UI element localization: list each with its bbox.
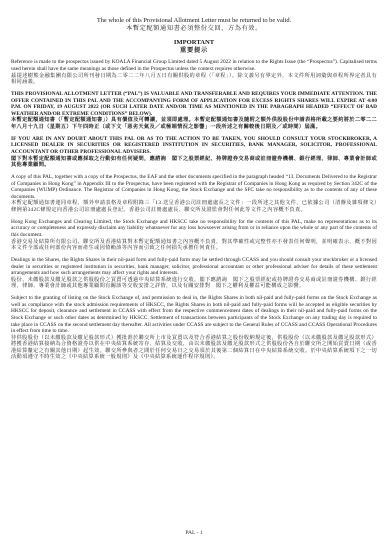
return-notice-en: The whole of this Provisional Allotment …	[11, 17, 377, 25]
paragraph-en: A copy of this PAL, together with a copy…	[11, 174, 377, 200]
paragraph-en: THIS PROVISIONAL ALLOTMENT LETTER (“PAL”…	[11, 91, 377, 117]
paragraph-ccass-dealings: Dealings in the Shares, the Rights Share…	[11, 257, 377, 290]
paragraph-pal-valuable: THIS PROVISIONAL ALLOTMENT LETTER (“PAL”…	[11, 91, 377, 130]
paragraph-en: Subject to the granting of listing on th…	[11, 295, 377, 334]
document-page: The whole of this Provisional Allotment …	[0, 0, 388, 549]
page-number: PAL - 1	[0, 530, 388, 536]
paragraph-en: Dealings in the Shares, the Rights Share…	[11, 257, 377, 277]
paragraph-en: Reference is made to the prospectus issu…	[11, 59, 377, 72]
paragraph-consult-advisers: IF YOU ARE IN ANY DOUBT ABOUT THIS PAL O…	[11, 136, 377, 169]
paragraph-en: IF YOU ARE IN ANY DOUBT ABOUT THIS PAL O…	[11, 136, 377, 156]
paragraph-zh: 待供股股份（以未繳股款及繳足股款形式）獲批准於聯交所上市及買賣以及符合香港結算之…	[11, 335, 377, 361]
paragraph-zh: 閣下對本暫定配額通知書或應採取之行動如有任何疑問，應諮詢 閣下之股票經紀、持牌證…	[11, 156, 377, 169]
paragraph-listing-settlement: Subject to the granting of listing on th…	[11, 295, 377, 360]
paragraph-registration: A copy of this PAL, together with a copy…	[11, 174, 377, 213]
document-body: The whole of this Provisional Allotment …	[11, 17, 377, 361]
paragraph-zh: 本暫定配額通知書連同章程、額外申請表格及章程附錄三「13.送呈香港公司註冊處處長…	[11, 200, 377, 213]
important-heading-zh: 重要提示	[11, 47, 377, 55]
paragraph-zh: 香港交易及結算所有限公司、聯交所及香港結算對本暫定配額通知書之內容概不負責，對其…	[11, 239, 377, 252]
paragraph-disclaimer: Hong Kong Exchanges and Clearing Limited…	[11, 219, 377, 252]
return-notice: The whole of this Provisional Allotment …	[11, 17, 377, 33]
return-notice-zh: 本暫定配額通知書必須整份交回，方為有效。	[11, 25, 377, 33]
paragraph-zh: 本暫定配額通知書（「暫定配額通知書」）具有價值及可轉讓，並須即處理。本暫定配額通…	[11, 117, 377, 130]
paragraph-zh: 股份、未繳股款及繳足股款之供股股份之買賣可透過中央結算系統進行交收。閣下應諮詢 …	[11, 277, 377, 290]
paragraph-en: Hong Kong Exchanges and Clearing Limited…	[11, 219, 377, 239]
important-heading: IMPORTANT 重要提示	[11, 39, 377, 55]
paragraph-zh: 茲提述樹熊金融集團有限公司所刊發日期為二零二二年八月五日有關供股的章程（「章程」…	[11, 73, 377, 86]
paragraph-prospectus-reference: Reference is made to the prospectus issu…	[11, 59, 377, 85]
